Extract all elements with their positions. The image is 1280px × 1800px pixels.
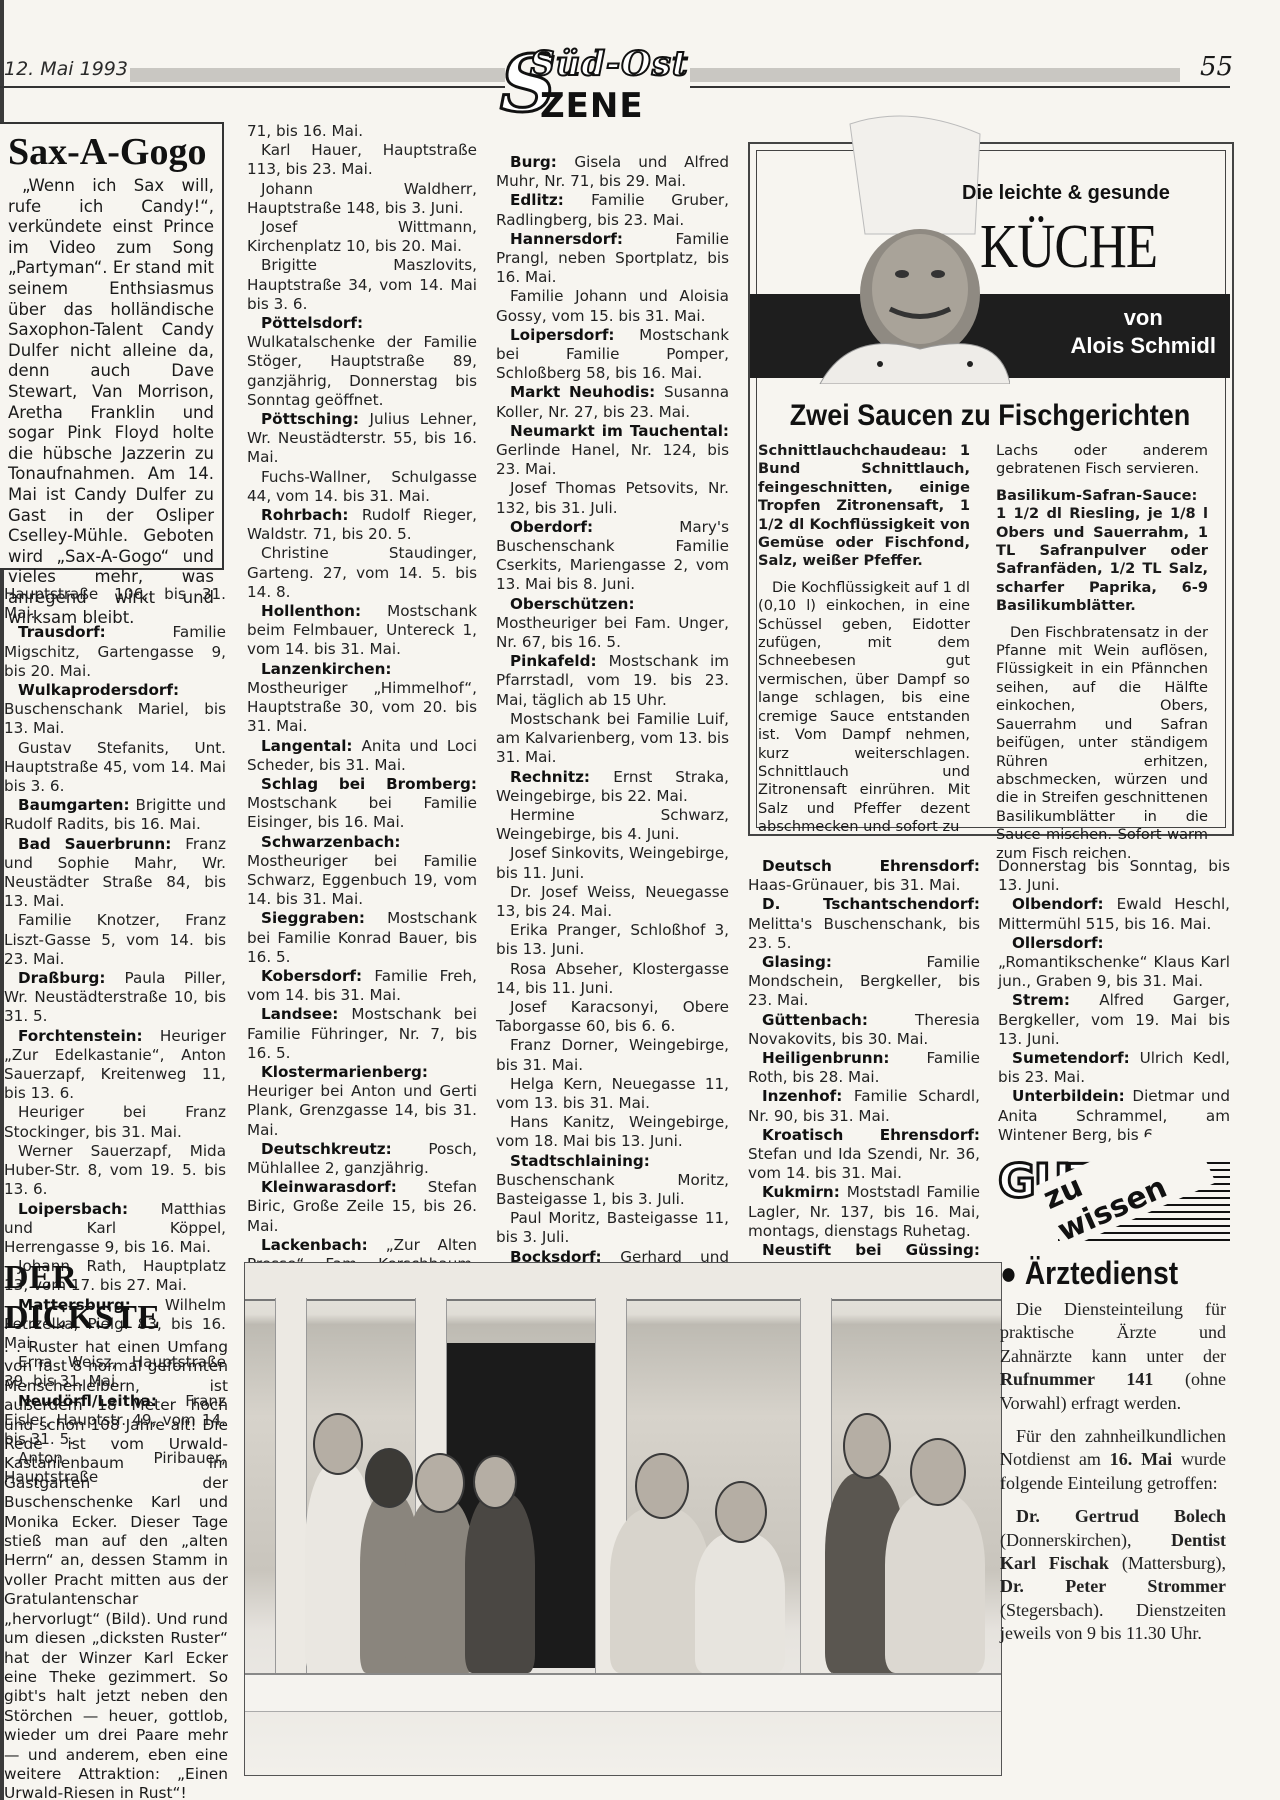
listing-details: Erika Pranger, Schloßhof 3, bis 13. Juni… [496, 921, 729, 958]
listing-entry: Brigitte Maszlovits, Hauptstraße 34, vom… [247, 256, 477, 314]
listing-entry: Forchtenstein: Heuriger „Zur Edelkastani… [4, 1027, 226, 1104]
aerztedienst-paragraph-3: Dr. Gertrud Bolech (Donnerskirchen), Den… [1000, 1505, 1226, 1645]
listing-entry: Güttenbach: Theresia Novakovits, bis 30.… [748, 1011, 980, 1049]
chestnut-tree-bar-photo [244, 1262, 1002, 1776]
listing-entry: Loipersbach: Matthias und Karl Köppel, H… [4, 1200, 226, 1258]
photo-person [465, 1493, 535, 1673]
listing-place: Inzenhof: [762, 1087, 854, 1105]
der-dickste-article: DER DICKSTE . . Ruster hat einen Umfang … [4, 1258, 228, 1800]
photo-person-head [415, 1453, 465, 1513]
listing-details: Werner Sauerzapf, Mida Huber-Str. 8, vom… [4, 1142, 226, 1198]
listing-place: Lanzenkirchen: [261, 660, 392, 678]
phone-number: Rufnummer 141 [1000, 1369, 1153, 1389]
text: Die Diensteinteilung für praktische Ärzt… [1000, 1299, 1226, 1366]
listing-entry: Baumgarten: Brigitte und Rudolf Radits, … [4, 796, 226, 834]
listing-place: Rohrbach: [261, 506, 362, 524]
listing-entry: Josef Sinkovits, Weingebirge, bis 11. Ju… [496, 844, 729, 882]
listing-details: Heuriger bei Anton und Gerti Plank, Gren… [247, 1082, 477, 1138]
photo-post [275, 1298, 307, 1678]
header-bar-left [130, 68, 505, 82]
listing-details: Mostheuriger bei Familie Schwarz, Eggenb… [247, 852, 477, 908]
listing-entry: 71, bis 16. Mai. [247, 122, 477, 141]
listing-entry: Rechnitz: Ernst Straka, Weingebirge, bis… [496, 768, 729, 806]
listing-entry: Johann Waldherr, Hauptstraße 148, bis 3.… [247, 180, 477, 218]
listing-entry: Oberschützen: Mostheuriger bei Fam. Unge… [496, 595, 729, 653]
listing-entry: Pöttelsdorf: Wulkatalschenke der Familie… [247, 314, 477, 410]
aerztedienst-paragraph-2: Für den zahnheilkundlichen Notdienst am … [1000, 1425, 1226, 1495]
listing-details: Stefan und Ida Szendi, Nr. 36, vom 14. b… [748, 1145, 980, 1182]
listing-place: Klostermarienberg: [261, 1063, 428, 1081]
listing-place: Burg: [510, 153, 574, 171]
article-title: Sax-A-Gogo [8, 130, 214, 174]
listing-entry: Kleinwarasdorf: Stefan Biric, Große Zeil… [247, 1178, 477, 1236]
listing-entry: Dr. Josef Weiss, Neuegasse 13, bis 24. M… [496, 883, 729, 921]
listing-entry: Lanzenkirchen: Mostheuriger „Himmelhof“,… [247, 660, 477, 737]
listing-entry: Rosa Abseher, Klostergasse 14, bis 11. J… [496, 960, 729, 998]
listing-place: Hannersdorf: [510, 230, 676, 248]
listing-details: Haas-Grünauer, bis 31. Mai. [748, 876, 960, 894]
listing-place: Loipersdorf: [510, 326, 639, 344]
listing-place: Strem: [1012, 991, 1099, 1009]
kitchen-recipe-box: Die leichte & gesunde KÜCHE von Alois Sc… [748, 142, 1234, 836]
listing-details: Rosa Abseher, Klostergasse 14, bis 11. J… [496, 960, 729, 997]
photo-person-head [635, 1453, 689, 1519]
listing-place: Forchtenstein: [18, 1027, 160, 1045]
listing-details: Josef Wittmann, Kirchenplatz 10, bis 20.… [247, 218, 477, 255]
listing-entry: Franz Dorner, Weingebirge, bis 31. Mai. [496, 1036, 729, 1074]
photo-person [695, 1533, 785, 1673]
listing-details: Mostheuriger „Himmelhof“, Hauptstraße 30… [247, 679, 477, 735]
doctor-name: Dr. Peter Strommer [1000, 1576, 1226, 1596]
listing-column-4: Deutsch Ehrensdorf: Haas-Grünauer, bis 3… [748, 857, 980, 1299]
listing-details: Karl Hauer, Hauptstraße 113, bis 23. Mai… [247, 141, 477, 178]
aerztedienst-title: ● Ärztedienst [1000, 1255, 1178, 1292]
listing-entry: Trausdorf: Familie Migschitz, Gartengass… [4, 623, 226, 681]
kitchen-subtitle: Die leichte & gesunde [962, 182, 1170, 205]
gut-zu-wissen-logo: GUT zu wissen [998, 1150, 1230, 1250]
listing-entry: Pinkafeld: Mostschank im Pfarrstadl, vom… [496, 652, 729, 710]
listing-place: Deutschkreutz: [261, 1140, 428, 1158]
photo-person [885, 1493, 985, 1673]
doctor-name: Dr. Gertrud Bolech [1016, 1506, 1226, 1526]
listing-details: Wulkatalschenke der Familie Stöger, Haup… [247, 333, 477, 409]
listing-place: Langental: [261, 737, 362, 755]
recipe-headline: Zwei Saucen zu Fischgerichten [774, 399, 1206, 433]
article-body: „Wenn ich Sax will, rufe ich Candy!“, ve… [8, 176, 214, 629]
listing-entry: Sumetendorf: Ulrich Kedl, bis 23. Mai. [998, 1049, 1230, 1087]
kitchen-title: KÜCHE [980, 214, 1157, 280]
listing-entry: Werner Sauerzapf, Mida Huber-Str. 8, vom… [4, 1142, 226, 1200]
listing-entry: Olbendorf: Ewald Heschl, Mittermühl 515,… [998, 895, 1230, 933]
listing-place: Schlag bei Bromberg: [261, 775, 477, 793]
listing-details: Buschenschank Moritz, Basteigasse 1, bis… [496, 1171, 729, 1208]
issue-date: 12. Mai 1993 [4, 58, 128, 80]
listing-entry: Sieggraben: Mostschank bei Familie Konra… [247, 909, 477, 967]
listing-place: Trausdorf: [18, 623, 173, 641]
listing-details: Fuchs-Wallner, Schulgasse 44, vom 14. bi… [247, 468, 477, 505]
sued-ost-szene-logo: S Süd-Ost ZENE [500, 44, 690, 136]
listing-place: D. Tschantschendorf: [762, 895, 980, 913]
listing-details: Mostschank bei Familie Eisinger, bis 16.… [247, 794, 477, 831]
listing-place: Kobersdorf: [261, 967, 374, 985]
logo-line1: Süd-Ost [530, 44, 689, 84]
listing-entry: Mostschank bei Familie Luif, am Kalvarie… [496, 710, 729, 768]
listing-entry: Fuchs-Wallner, Schulgasse 44, vom 14. bi… [247, 468, 477, 506]
listing-entry: Familie Johann und Aloisia Gossy, vom 15… [496, 287, 729, 325]
recipe-column-left: Schnittlauchchaudeau: 1 Bund Schnittlauc… [758, 442, 970, 837]
listing-entry: Karl Hauer, Hauptstraße 113, bis 23. Mai… [247, 141, 477, 179]
listing-entry: Wulkaprodersdorf: Buschenschank Mariel, … [4, 681, 226, 739]
listing-entry: Deutsch Ehrensdorf: Haas-Grünauer, bis 3… [748, 857, 980, 895]
listing-entry: Gustav Stefanits, Unt. Hauptstraße 45, v… [4, 739, 226, 797]
listing-place: Wulkaprodersdorf: [18, 681, 179, 699]
listing-place: Olbendorf: [1012, 895, 1117, 913]
listing-entry: Stadtschlaining: Buschenschank Moritz, B… [496, 1152, 729, 1210]
listing-entry: Markt Neuhodis: Susanna Koller, Nr. 27, … [496, 383, 729, 421]
aerztedienst-body: Die Diensteinteilung für praktische Ärzt… [1000, 1298, 1226, 1656]
header-bar-right [690, 68, 1180, 82]
listing-place: Stadtschlaining: [510, 1152, 650, 1170]
listing-entry: Edlitz: Familie Gruber, Radlingberg, bis… [496, 191, 729, 229]
listing-details: Franz Dorner, Weingebirge, bis 31. Mai. [496, 1036, 729, 1073]
listing-entry: Hauptstraße 106, bis 31. Mai. [4, 585, 226, 623]
listing-entry: Loipersdorf: Mostschank bei Familie Pomp… [496, 326, 729, 384]
listing-place: Pöttsching: [261, 410, 370, 428]
listing-details: Buschenschank Mariel, bis 13. Mai. [4, 700, 226, 737]
listing-column-3: Burg: Gisela und Alfred Muhr, Nr. 71, bi… [496, 153, 729, 1344]
listing-entry: Inzenhof: Familie Schardl, Nr. 90, bis 3… [748, 1087, 980, 1125]
listing-entry: Hollenthon: Mostschank beim Felmbauer, U… [247, 602, 477, 660]
listing-place: Draßburg: [18, 969, 125, 987]
listing-details: Familie Johann und Aloisia Gossy, vom 15… [496, 287, 729, 324]
listing-entry: Helga Kern, Neuegasse 11, vom 13. bis 31… [496, 1075, 729, 1113]
listing-entry: Draßburg: Paula Piller, Wr. Neustädterst… [4, 969, 226, 1027]
listing-entry: Rohrbach: Rudolf Rieger, Waldstr. 71, bi… [247, 506, 477, 544]
listing-details: Hermine Schwarz, Weingebirge, bis 4. Jun… [496, 806, 729, 843]
doctor-location: (Donnerskirchen), [1000, 1530, 1171, 1550]
doctor-location: (Stegersbach). Dienstzeiten jeweils von … [1000, 1600, 1226, 1643]
recipe2-method: Den Fischbratensatz in der Pfanne mit We… [996, 624, 1208, 863]
listing-details: Hans Kanitz, Weingebirge, vom 18. Mai bi… [496, 1113, 729, 1150]
listing-details: 71, bis 16. Mai. [247, 122, 363, 140]
doctor-location: (Mattersburg), [1109, 1553, 1226, 1573]
listing-entry: Familie Knotzer, Franz Liszt-Gasse 5, vo… [4, 911, 226, 969]
author-prefix: von [1071, 304, 1216, 332]
listing-details: Dr. Josef Weiss, Neuegasse 13, bis 24. M… [496, 883, 729, 920]
listing-place: Pinkafeld: [510, 652, 609, 670]
listing-details: Helga Kern, Neuegasse 11, vom 13. bis 31… [496, 1075, 729, 1112]
listing-place: Hollenthon: [261, 602, 387, 620]
listing-place: Baumgarten: [18, 796, 136, 814]
service-date: 16. Mai [1110, 1449, 1172, 1469]
listing-place: Pöttelsdorf: [261, 314, 363, 332]
listing-place: Oberdorf: [510, 518, 679, 536]
listing-place: Edlitz: [510, 191, 591, 209]
listing-details: Gerlinde Hanel, Nr. 124, bis 23. Mai. [496, 441, 729, 478]
listing-place: Neumarkt im Tauchental: [510, 422, 729, 440]
recipe1-method-cont: Lachs oder anderem gebratenen Fisch serv… [996, 442, 1208, 479]
listing-details: Heuriger bei Franz Stockinger, bis 31. M… [4, 1103, 226, 1140]
photo-person-head [365, 1448, 413, 1508]
author-name: Alois Schmidl [1071, 332, 1216, 360]
section-title-text: Ärztedienst [1025, 1255, 1178, 1291]
logo-line2: ZENE [540, 86, 644, 126]
listing-entry: D. Tschantschendorf: Melitta's Buschensc… [748, 895, 980, 953]
listing-place: Rechnitz: [510, 768, 613, 786]
listing-place: Ollersdorf: [1012, 934, 1104, 952]
photo-person-head [843, 1413, 891, 1479]
listing-entry: Glasing: Familie Mondschein, Bergkeller,… [748, 953, 980, 1011]
listing-details: Josef Sinkovits, Weingebirge, bis 11. Ju… [496, 844, 729, 881]
listing-entry: Burg: Gisela und Alfred Muhr, Nr. 71, bi… [496, 153, 729, 191]
listing-entry: Christine Staudinger, Garteng. 27, vom 1… [247, 544, 477, 602]
listing-entry: Pöttsching: Julius Lehner, Wr. Neustädte… [247, 410, 477, 468]
listing-details: Hauptstraße 106, bis 31. Mai. [4, 585, 226, 622]
listing-entry: Kukmirn: Moststadl Familie Lagler, Nr. 1… [748, 1183, 980, 1241]
listing-entry: Heiligenbrunn: Familie Roth, bis 28. Mai… [748, 1049, 980, 1087]
photo-person-head [715, 1481, 767, 1543]
listing-place: Landsee: [261, 1005, 351, 1023]
listing-place: Lackenbach: [261, 1236, 386, 1254]
listing-details: Mostheuriger bei Fam. Unger, Nr. 67, bis… [496, 614, 729, 651]
listing-entry: Landsee: Mostschank bei Familie Führinge… [247, 1005, 477, 1063]
listing-place: Kukmirn: [762, 1183, 847, 1201]
photo-person-head [313, 1413, 363, 1475]
listing-details: Christine Staudinger, Garteng. 27, vom 1… [247, 544, 477, 600]
listing-entry: Josef Wittmann, Kirchenplatz 10, bis 20.… [247, 218, 477, 256]
article-title: DER DICKSTE [4, 1258, 228, 1338]
listing-entry: Klostermarienberg: Heuriger bei Anton un… [247, 1063, 477, 1140]
photo-person-head [910, 1438, 966, 1506]
listing-entry: Schlag bei Bromberg: Mostschank bei Fami… [247, 775, 477, 833]
header-rule-left [0, 86, 505, 88]
kitchen-author: von Alois Schmidl [1071, 304, 1216, 360]
listing-details: Melitta's Buschenschank, bis 23. 5. [748, 915, 980, 952]
listing-entry: Deutschkreutz: Posch, Mühlallee 2, ganzj… [247, 1140, 477, 1178]
listing-entry: Josef Karacsonyi, Obere Taborgasse 60, b… [496, 998, 729, 1036]
listing-entry: Paul Moritz, Basteigasse 11, bis 3. Juli… [496, 1209, 729, 1247]
listing-details: Josef Karacsonyi, Obere Taborgasse 60, b… [496, 998, 729, 1035]
listing-details: Mostschank bei Familie Luif, am Kalvarie… [496, 710, 729, 766]
listing-entry: Hannersdorf: Familie Prangl, neben Sport… [496, 230, 729, 288]
listing-entry: Strem: Alfred Garger, Bergkeller, vom 19… [998, 991, 1230, 1049]
listing-details: Johann Waldherr, Hauptstraße 148, bis 3.… [247, 180, 477, 217]
listing-entry: Kobersdorf: Familie Freh, vom 14. bis 31… [247, 967, 477, 1005]
photo-bar-counter [245, 1673, 1001, 1712]
recipe1-method: Die Kochflüssigkeit auf 1 dl (0,10 l) ei… [758, 579, 970, 837]
listing-entry: Langental: Anita und Loci Scheder, bis 3… [247, 737, 477, 775]
bullet-icon: ● [1000, 1255, 1025, 1291]
recipe2-ingredients: Basilikum-Safran-Sauce: 1 1/2 dl Rieslin… [996, 487, 1208, 616]
recipe-column-right: Lachs oder anderem gebratenen Fisch serv… [996, 442, 1208, 863]
listing-place: Schwarzenbach: [261, 833, 400, 851]
header-rule-right [690, 86, 1230, 88]
article-body: . . Ruster hat einen Umfang von fast 8 n… [4, 1338, 228, 1800]
listing-details: Brigitte Maszlovits, Hauptstraße 34, vom… [247, 256, 477, 312]
listing-place: Markt Neuhodis: [510, 383, 664, 401]
listing-place: Kroatisch Ehrensdorf: [762, 1126, 980, 1144]
listing-place: Sumetendorf: [1012, 1049, 1140, 1067]
listing-place: Oberschützen: [510, 595, 635, 613]
listing-place: Heiligenbrunn: [762, 1049, 927, 1067]
listing-place: Unterbildein: [1012, 1087, 1132, 1105]
listing-entry: Hans Kanitz, Weingebirge, vom 18. Mai bi… [496, 1113, 729, 1151]
listing-place: Güttenbach: [762, 1011, 915, 1029]
photo-roof [245, 1263, 1001, 1301]
listing-place: Sieggraben: [261, 909, 387, 927]
listing-place: Bad Sauerbrunn: [18, 835, 185, 853]
listing-entry: Schwarzenbach: Mostheuriger bei Familie … [247, 833, 477, 910]
page-number: 55 [1200, 52, 1233, 82]
listing-entry: Hermine Schwarz, Weingebirge, bis 4. Jun… [496, 806, 729, 844]
listing-details: „Romantikschenke“ Klaus Karl jun., Grabe… [998, 953, 1230, 990]
listing-entry: Neumarkt im Tauchental: Gerlinde Hanel, … [496, 422, 729, 480]
listing-entry: Erika Pranger, Schloßhof 3, bis 13. Juni… [496, 921, 729, 959]
listing-details: Familie Knotzer, Franz Liszt-Gasse 5, vo… [4, 911, 226, 967]
listing-details: Paul Moritz, Basteigasse 11, bis 3. Juli… [496, 1209, 729, 1246]
listing-place: Loipersbach: [18, 1200, 161, 1218]
sax-a-gogo-article: Sax-A-Gogo „Wenn ich Sax will, rufe ich … [0, 122, 224, 570]
recipe1-ingredients: Schnittlauchchaudeau: 1 Bund Schnittlauc… [758, 442, 970, 571]
aerztedienst-paragraph-1: Die Diensteinteilung für praktische Ärzt… [1000, 1298, 1226, 1415]
listing-entry: Heuriger bei Franz Stockinger, bis 31. M… [4, 1103, 226, 1141]
listing-entry: Bad Sauerbrunn: Franz und Sophie Mahr, W… [4, 835, 226, 912]
listing-entry: Ollersdorf: „Romantikschenke“ Klaus Karl… [998, 934, 1230, 992]
listing-column-5: Donnerstag bis Sonntag, bis 13. Juni.Olb… [998, 857, 1230, 1145]
photo-person-head [473, 1455, 517, 1509]
listing-entry: Kroatisch Ehrensdorf: Stefan und Ida Sze… [748, 1126, 980, 1184]
listing-entry: Oberdorf: Mary's Buschenschank Familie C… [496, 518, 729, 595]
listing-place: Glasing: [762, 953, 927, 971]
listing-entry: Josef Thomas Petsovits, Nr. 132, bis 31.… [496, 479, 729, 517]
listing-details: Josef Thomas Petsovits, Nr. 132, bis 31.… [496, 479, 729, 516]
listing-place: Neustift bei Güssing: [762, 1241, 980, 1259]
listing-details: Gustav Stefanits, Unt. Hauptstraße 45, v… [4, 739, 226, 795]
listing-place: Kleinwarasdorf: [261, 1178, 428, 1196]
listing-place: Deutsch Ehrensdorf: [762, 857, 980, 875]
